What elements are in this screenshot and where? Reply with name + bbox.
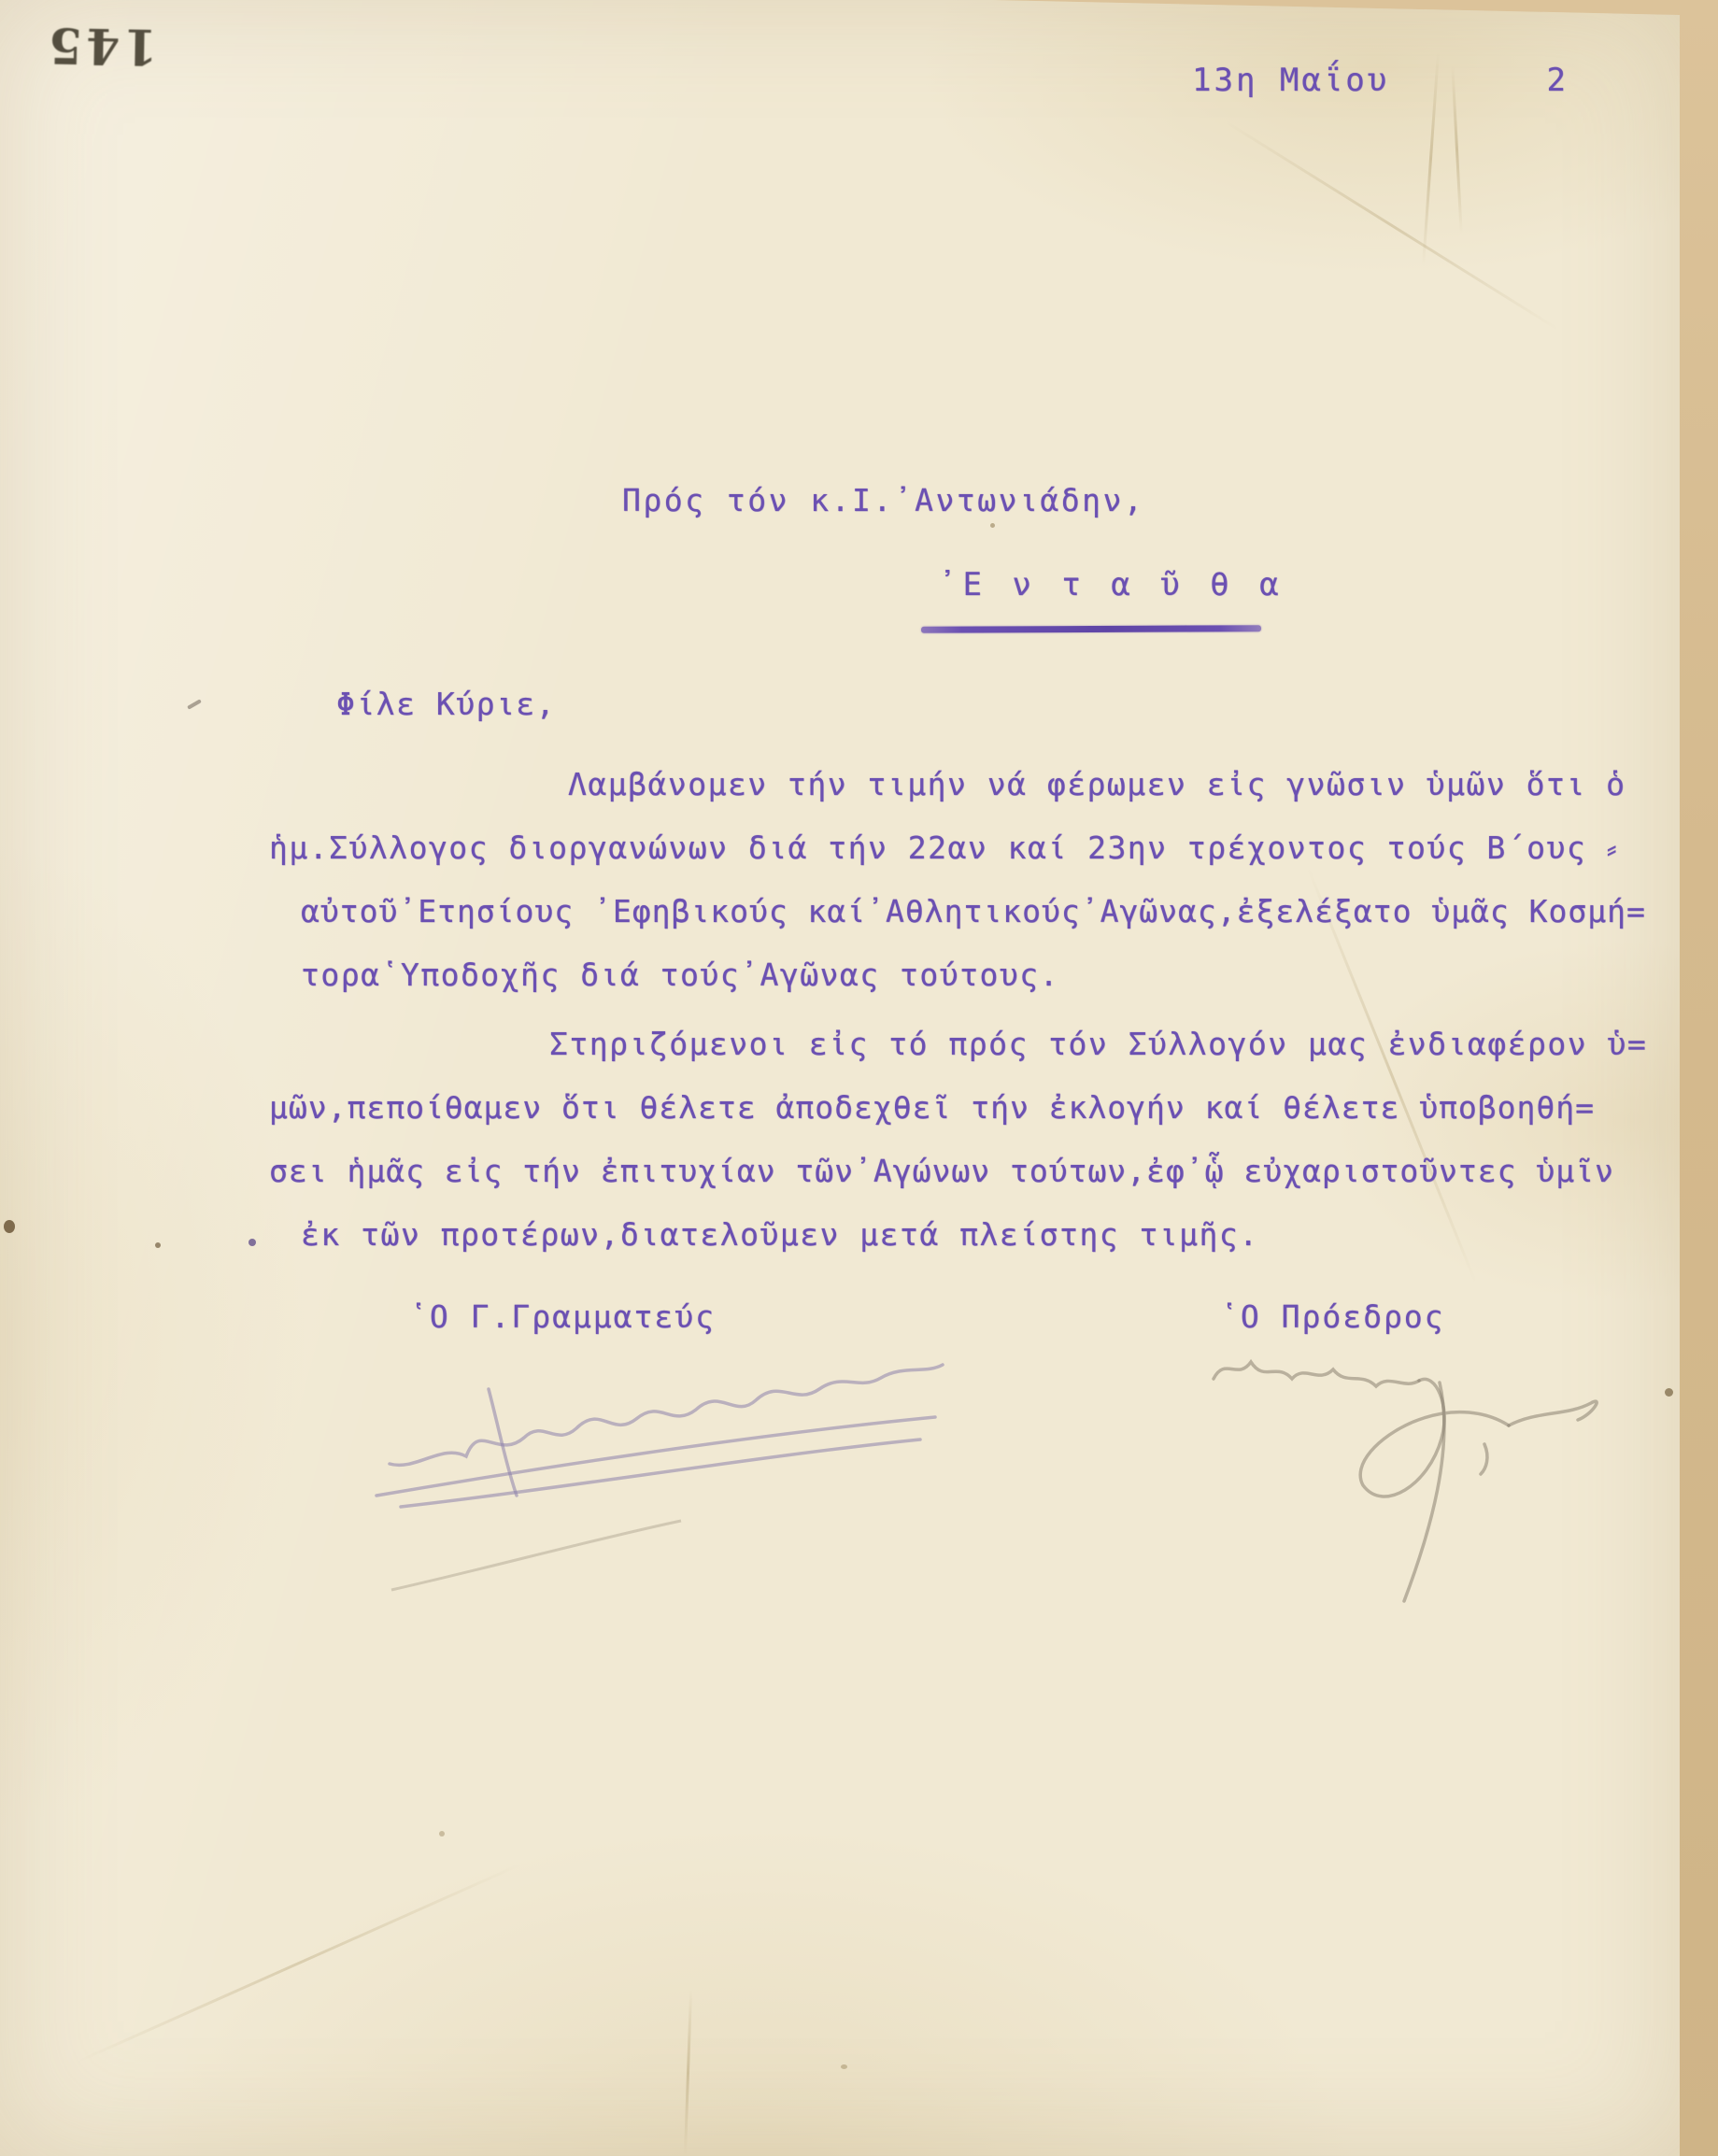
pencil-mark: [187, 699, 202, 709]
date-text: 13η Μαΐου: [1192, 62, 1389, 99]
president-signature-handwriting: [1200, 1325, 1630, 1614]
page-number: 2: [1547, 62, 1566, 99]
letter-sheet: 145 13η Μαΐου 2 Πρός τόν κ.Ι.᾿Αντωνιάδην…: [0, 0, 1680, 2156]
body-line: Λαμβάνομεν τήν τιμήν νά φέρωμεν εἰς γνῶσ…: [568, 766, 1626, 802]
archive-number-stamp: 145: [44, 16, 158, 75]
foxing-spot: [439, 1831, 445, 1837]
foxing-spot: [4, 1220, 15, 1233]
salutation: Φίλε Κύριε,: [336, 686, 556, 722]
body-line: Στηριζόμενοι εἰς τό πρός τόν Σύλλογόν μα…: [549, 1026, 1647, 1062]
foxing-spot: [1665, 1388, 1673, 1397]
paper-crease: [1225, 121, 1559, 331]
secretary-title: ῾Ο Γ.Γραμματεύς: [409, 1298, 716, 1335]
foxing-spot: [990, 523, 995, 528]
body-line: ἐκ τῶν προτέρων,διατελοῦμεν μετά πλείστη…: [301, 1216, 1259, 1253]
body-line: μῶν,πεποίθαμεν ὅτι θέλετε ἀποδεχθεῖ τήν …: [269, 1089, 1595, 1126]
stray-pencil-stroke: [388, 1513, 687, 1597]
ink-fleck: [248, 1239, 256, 1246]
secretary-signature-handwriting: [369, 1331, 967, 1518]
location-underline: [921, 625, 1261, 633]
date-line: 13η Μαΐου 2: [1192, 62, 1566, 99]
body-line: ἡμ.Σύλλογος διοργανώνων διά τήν 22αν καί…: [269, 830, 1618, 867]
paper-crease: [684, 1990, 692, 2156]
body-line: αὐτοῦ᾿Ετησίους ᾿Εφηβικούς καί᾿Αθλητικούς…: [301, 893, 1646, 929]
paper-crease: [77, 1863, 521, 2063]
location-line: ᾿Ε ν τ α ῦ θ α: [938, 566, 1285, 603]
body-line: τορα῾Υποδοχῆς διά τούς᾿Αγῶνας τούτους.: [301, 957, 1059, 993]
paper-crease: [1307, 867, 1478, 1284]
foxing-spot: [155, 1242, 161, 1248]
body-line: σει ἡμᾶς εἰς τήν ἐπιτυχίαν τῶν᾿Αγώνων το…: [269, 1153, 1614, 1189]
foxing-spot: [841, 2064, 847, 2069]
recipient-line: Πρός τόν κ.Ι.᾿Αντωνιάδην,: [622, 482, 1144, 518]
